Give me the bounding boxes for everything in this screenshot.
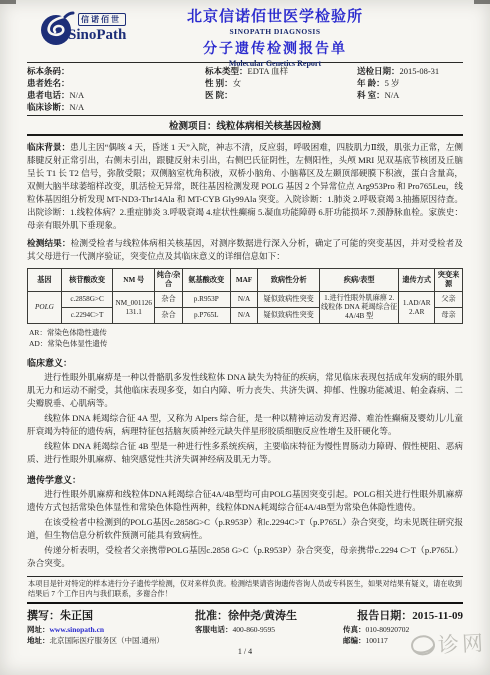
clinical-significance-heading: 临床意义： [27, 356, 463, 369]
cell-pathogenicity: 疑似致病性突变 [258, 292, 320, 308]
genetic-significance-p1: 进行性眼外肌麻痹和线粒体DNA耗竭综合征4A/4B型均可由POLG基因突变引起。… [27, 488, 463, 514]
contact-row-2: 地址：北京国际医疗服务区（中国.通州） 邮编：100117 [27, 635, 463, 646]
approver: 批准：徐仲尧/黄涛生 [195, 607, 323, 623]
postcode: 邮编：100117 [343, 635, 463, 646]
cell-disease: 1.进行性眼外肌麻痹 2.线粒体 DNA 耗竭综合征 4A/4B 型 [319, 292, 398, 324]
signature-row: 撰写：朱正国 批准：徐仲尧/黄涛生 报告日期：2015-11-09 [27, 604, 463, 624]
col-gene: 基因 [28, 269, 62, 292]
table-header-row: 基因 核苷酸改变 NM 号 纯合/杂合 氨基酸改变 MAF 致病性分析 疾病/表… [28, 269, 463, 292]
field-clinical-diagnosis: 临床诊断：N/A [27, 101, 205, 113]
test-result-paragraph: 检测结果：检测受检者与线粒体病相关核基因，对测序数据进行深入分析，确定了可能的突… [27, 237, 463, 263]
note-ar: AR：常染色体隐性遗传 [29, 327, 463, 338]
field-patient-name: 患者姓名： [27, 77, 205, 89]
writer: 撰写：朱正国 [27, 607, 195, 623]
organization-name-cn: 北京信诺佰世医学检验所 [97, 5, 453, 26]
field-hospital: 医 院： [205, 89, 357, 101]
table-row: POLG c.2858G>C NM_001126131.1 杂合 p.R953P… [28, 292, 463, 308]
fax: 传真：010-80920702 [343, 624, 463, 635]
genetic-significance-heading: 遗传学意义： [27, 473, 463, 486]
patient-info-col1: 标本条码： 患者姓名： 患者电话：N/A 临床诊断：N/A [27, 65, 205, 113]
website-link[interactable]: www.sinopath.cn [50, 625, 105, 634]
cell-amino-acid: p.P765L [182, 308, 230, 324]
patient-info-col3: 送检日期：2015-08-31 年 龄：5 岁 科 室：N/A [357, 65, 463, 113]
cell-origin: 母亲 [435, 308, 463, 324]
cell-pathogenicity: 疑似致病性突变 [258, 308, 320, 324]
test-result-label: 检测结果： [27, 238, 71, 248]
clinical-significance-p1: 进行性眼外肌麻痹是一种以骨骼肌多发性线粒体 DNA 缺失为特征的疾病，常见临床表… [27, 371, 463, 410]
report-title-cn: 分子遗传检测报告单 [97, 38, 453, 58]
field-department: 科 室：N/A [357, 89, 463, 101]
page-number: 1 / 4 [27, 647, 463, 656]
cell-amino-acid: p.R953P [182, 292, 230, 308]
report-date: 报告日期：2015-11-09 [323, 607, 463, 623]
cell-gene: POLG [28, 292, 62, 324]
organization-name-en: SINOPATH DIAGNOSIS [97, 27, 453, 36]
clinical-significance-p3: 线粒体 DNA 耗竭综合征 4B 型是一种进行性多系统疾病，主要临床特征为慢性胃… [27, 440, 463, 466]
col-disease: 疾病/表型 [319, 269, 398, 292]
patient-info-col2: 标本类型：EDTA 血样 性 别：女 医 院： [205, 65, 357, 113]
cell-maf: N/A [230, 308, 258, 324]
field-patient-phone: 患者电话：N/A [27, 89, 205, 101]
clinical-significance-p2: 线粒体 DNA 耗竭综合征 4A 型，又称为 Alpers 综合征，是一种以精神… [27, 412, 463, 438]
disclaimer-text: 本项目是针对特定的样本进行分子遗传学检测，仅对来样负责。检测结果请咨询遗传咨询人… [27, 576, 463, 604]
address: 地址：北京国际医疗服务区（中国.通州） [27, 635, 195, 646]
col-amino-acid: 氨基酸改变 [182, 269, 230, 292]
scan-artifact [0, 0, 16, 4]
report-header: 信诺佰世 SinoPath 北京信诺佰世医学检验所 SINOPATH DIAGN… [27, 5, 463, 62]
service-phone: 客服电话：400-860-9595 [195, 624, 343, 635]
test-item-title: 检测项目：线粒体病相关核基因检测 [27, 116, 463, 134]
col-maf: MAF [230, 269, 258, 292]
website: 网址：www.sinopath.cn [27, 624, 195, 635]
genetic-significance-p3: 传递分析表明，受检者父亲携带POLG基因c.2858 G>C（p.R953P）杂… [27, 544, 463, 570]
cell-zygosity: 杂合 [155, 308, 183, 324]
cell-inheritance: 1.AD/AR 2.AR [399, 292, 435, 324]
sinopath-logo: 信诺佰世 SinoPath [37, 9, 126, 49]
patient-info: 标本条码： 患者姓名： 患者电话：N/A 临床诊断：N/A 标本类型：EDTA … [27, 63, 463, 115]
col-inheritance: 遗传方式 [399, 269, 435, 292]
field-gender: 性 别：女 [205, 77, 357, 89]
cell-origin: 父亲 [435, 292, 463, 308]
clinical-background-label: 临床背景： [27, 142, 70, 152]
col-origin: 突变来源 [435, 269, 463, 292]
report-page: 信诺佰世 SinoPath 北京信诺佰世医学检验所 SINOPATH DIAGN… [0, 0, 490, 675]
table-notes: AR：常染色体隐性遗传 AD：常染色体显性遗传 [29, 327, 463, 349]
logo-text: 信诺佰世 SinoPath [78, 13, 126, 44]
spacer [195, 635, 343, 646]
col-zygosity: 纯合/杂合 [155, 269, 183, 292]
clinical-background-paragraph: 临床背景：患儿主因“偶咳 4 天，昏迷 1 天”入院，神志不清，反应弱，呼吸困难… [27, 141, 463, 232]
cell-maf: N/A [230, 292, 258, 308]
cell-nm: NM_001126131.1 [113, 292, 155, 324]
contact-row-1: 网址：www.sinopath.cn 客服电话：400-860-9595 传真：… [27, 624, 463, 635]
report-title-en: Molecular Genetics Report [97, 59, 453, 68]
logo-brand-cn: 信诺佰世 [78, 13, 126, 26]
cell-zygosity: 杂合 [155, 292, 183, 308]
col-nucleotide: 核苷酸改变 [61, 269, 113, 292]
scan-artifact [474, 0, 490, 4]
col-nm: NM 号 [113, 269, 155, 292]
col-pathogenicity: 致病性分析 [258, 269, 320, 292]
divider [27, 134, 463, 136]
genetic-significance-p2: 在该受检者中检测到的POLG基因c.2858G>C（p.R953P）和c.229… [27, 516, 463, 542]
logo-brand-en: SinoPath [68, 27, 126, 44]
report-footer: 本项目是针对特定的样本进行分子遗传学检测，仅对来样负责。检测结果请咨询遗传咨询人… [27, 576, 463, 656]
cell-nucleotide: c.2294C>T [61, 308, 113, 324]
note-ad: AD：常染色体显性遗传 [29, 338, 463, 349]
mutation-table: 基因 核苷酸改变 NM 号 纯合/杂合 氨基酸改变 MAF 致病性分析 疾病/表… [27, 268, 463, 324]
field-age: 年 龄：5 岁 [357, 77, 463, 89]
cell-nucleotide: c.2858G>C [61, 292, 113, 308]
